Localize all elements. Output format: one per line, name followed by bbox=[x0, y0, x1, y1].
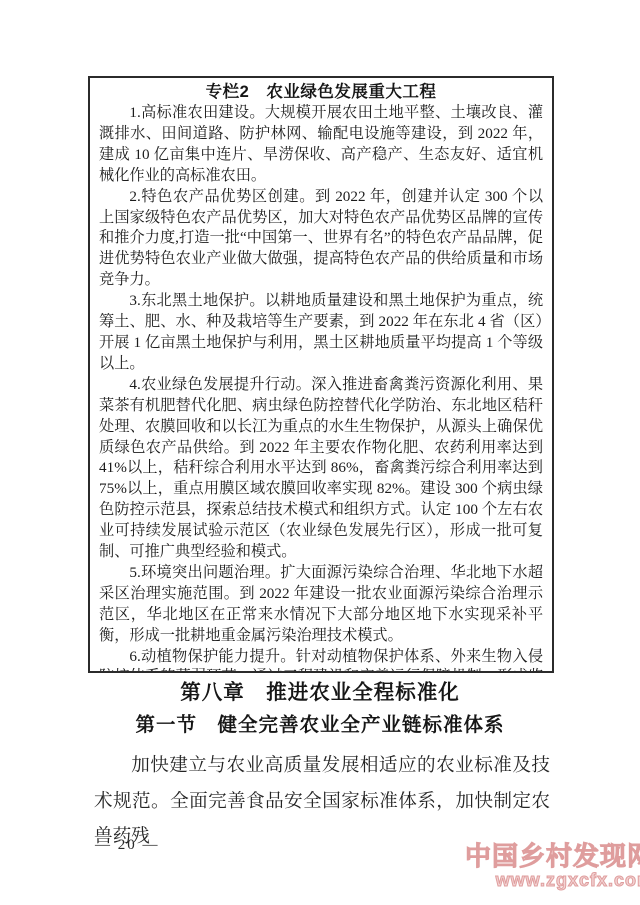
box-item-4: 4.农业绿色发展提升行动。深入推进畜禽粪污资源化利用、果菜茶有机肥替代化肥、病虫… bbox=[99, 375, 543, 563]
box-item-1: 1.高标准农田建设。大规模开展农田土地平整、土壤改良、灌溉排水、田间道路、防护林… bbox=[99, 103, 543, 187]
page-number: — 20 — bbox=[95, 837, 160, 854]
highlight-box: 专栏2 农业绿色发展重大工程 1.高标准农田建设。大规模开展农田土地平整、土壤改… bbox=[88, 76, 554, 673]
body-paragraph: 加快建立与农业高质量发展相适应的农业标准及技术规范。全面完善食品安全国家标准体系… bbox=[94, 748, 550, 855]
document-page: 专栏2 农业绿色发展重大工程 1.高标准农田建设。大规模开展农田土地平整、土壤改… bbox=[0, 0, 640, 905]
chapter-heading: 第八章 推进农业全程标准化 bbox=[0, 681, 640, 705]
watermark-site-url: www.zgxcfx.com bbox=[465, 870, 640, 890]
box-item-6: 6.动植物保护能力提升。针对动植物保护体系、外来生物入侵防控体系的薄弱环节，通过… bbox=[99, 647, 543, 673]
box-title: 专栏2 农业绿色发展重大工程 bbox=[99, 81, 543, 103]
box-item-5: 5.环境突出问题治理。扩大面源污染综合治理、华北地下水超采区治理实施范围。到 2… bbox=[99, 563, 543, 647]
box-item-2: 2.特色农产品优势区创建。到 2022 年，创建并认定 300 个以上国家级特色… bbox=[99, 187, 543, 292]
section-heading: 第一节 健全完善农业全产业链标准体系 bbox=[0, 713, 640, 739]
watermark-site-name: 中国乡村发现网 bbox=[465, 843, 640, 870]
watermark: 中国乡村发现网 www.zgxcfx.com bbox=[465, 843, 640, 890]
box-item-3: 3.东北黑土地保护。以耕地质量建设和黑土地保护为重点，统筹土、肥、水、种及栽培等… bbox=[99, 291, 543, 375]
